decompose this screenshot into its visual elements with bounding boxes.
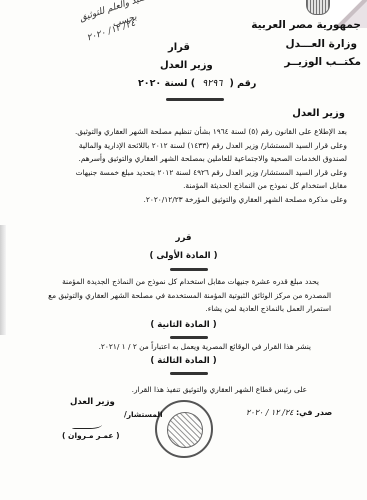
minister-signature: [72, 418, 102, 429]
preamble-line: وعلى قرار السيد المستشار/ وزير العدل رقم…: [20, 139, 347, 153]
decree-number-label: رقم (: [230, 78, 257, 89]
header-country: جمهورية مصر العربية: [251, 19, 361, 31]
preamble-heading: وزير العدل: [292, 108, 345, 119]
preamble-line: بعد الإطلاع على القانون رقم (٥) لسنة ١٩٦…: [20, 125, 347, 139]
article-1-title: ( المادة الأولى ): [0, 251, 367, 261]
article-2-title: ( المادة الثانية ): [0, 320, 367, 330]
article-2-underline: [170, 336, 208, 339]
article-1-line: المصدرة من مركز الوثائق الثبوتية المؤمنة…: [44, 289, 331, 303]
article-1-line: استمرار العمل بالنماذج العادية لمن يشاء.: [44, 302, 331, 316]
preamble-line: وعلى قرار السيد المستشار/ وزير العدل رقم…: [20, 166, 347, 180]
article-1-underline: [170, 268, 208, 271]
counselor-label: المستشار/: [124, 410, 163, 419]
header-office: مكتــب الوزيــر: [284, 56, 361, 68]
issued-date: ٢٤/ ١٢ / ٢٠٢٠: [246, 408, 293, 417]
article-3-title: ( المادة الثالثة ): [0, 356, 367, 366]
minister-name: ( عمـر مـروان ): [62, 431, 120, 440]
article-2-body: ينشر هذا القرار في الوقائع المصرية ويعمل…: [99, 342, 311, 351]
decree-number: ٩٢٩٦: [198, 78, 226, 89]
preamble-line: وعلى مذكرة مصلحة الشهر العقاري والتوثيق …: [20, 193, 347, 207]
preamble-line: لصندوق الخدمات الصحية والاجتماعية للعامل…: [20, 152, 347, 166]
article-1-body: يحدد مبلغ قدره عشرة جنيهات مقابل استخدام…: [44, 275, 331, 316]
scanned-decree-page: جمهورية مصر العربية وزارة العـــدل مكتــ…: [0, 0, 367, 500]
issued-date-line: صدر في: ٢٤/ ١٢ / ٢٠٢٠: [246, 408, 332, 417]
title-underline: [166, 98, 224, 101]
decree-number-line: رقم ( ٩٢٩٦ ) لسنة ٢٠٢٠: [138, 78, 256, 89]
issued-label: صدر في:: [296, 408, 332, 417]
header-ministry: وزارة العـــدل: [286, 38, 357, 50]
decree-year: ) لسنة ٢٠٢٠: [138, 78, 195, 89]
article-3-underline: [170, 372, 208, 375]
decree-title: قرار: [168, 42, 190, 53]
ministry-seal-stamp: [155, 400, 213, 458]
article-1-line: يحدد مبلغ قدره عشرة جنيهات مقابل استخدام…: [44, 275, 331, 289]
eagle-emblem-icon: [306, 0, 330, 15]
decree-issuer: وزير العدل: [160, 60, 213, 71]
minister-title: وزير العدل: [70, 397, 115, 407]
preamble-paragraph: بعد الإطلاع على القانون رقم (٥) لسنة ١٩٦…: [20, 125, 347, 207]
preamble-line: مقابل استخدام كل نموذج من النماذج الحديث…: [20, 179, 347, 193]
decided-heading: قرر: [0, 233, 367, 243]
article-3-body: على رئيس قطاع الشهر العقاري والتوثيق تنف…: [132, 385, 307, 394]
